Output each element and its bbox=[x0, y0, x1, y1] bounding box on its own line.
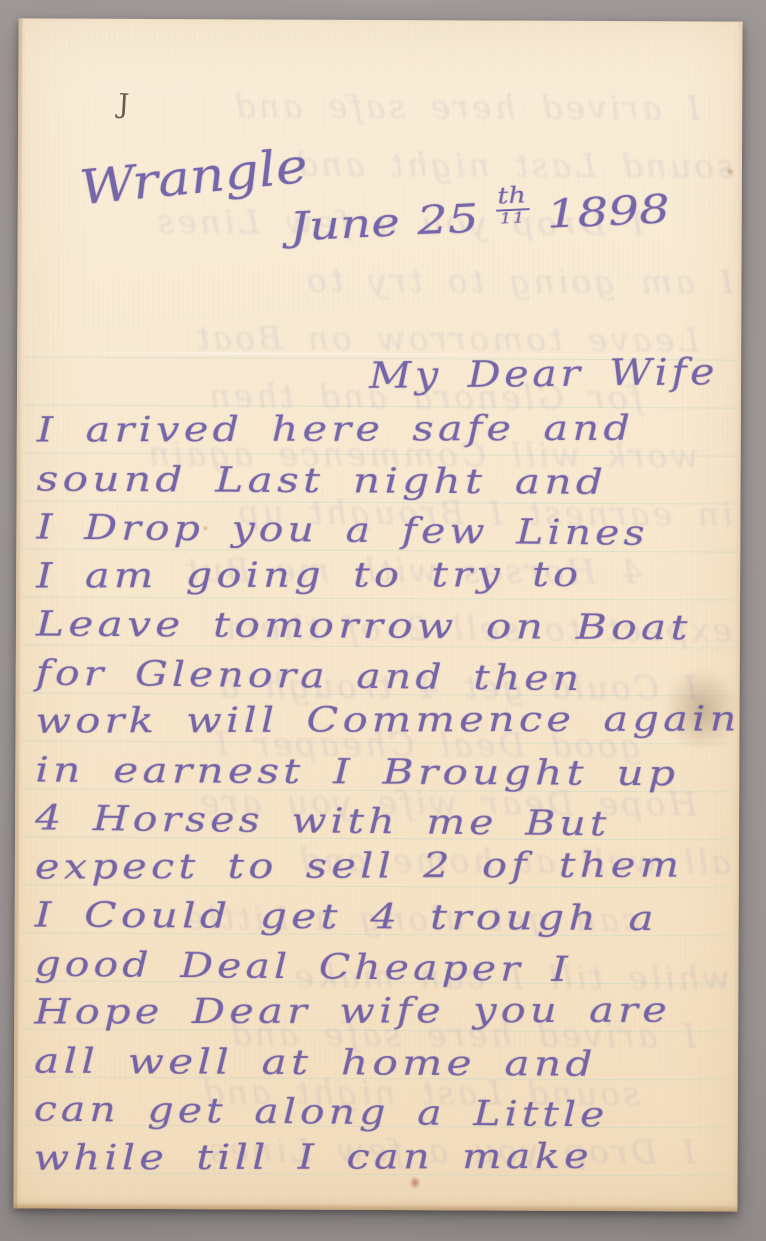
show-through-line: I am going to try to bbox=[35, 251, 733, 312]
handwritten-line: Leave tomorrow on Boat bbox=[36, 601, 766, 654]
handwritten-line: while till I can make bbox=[33, 1132, 766, 1183]
letter-body: I arived here safe andsound Last night a… bbox=[34, 407, 735, 1186]
handwritten-line: expect to sell 2 of them bbox=[35, 841, 766, 892]
handwritten-line: I arived here safe and bbox=[37, 404, 766, 455]
handwritten-line: Hope Dear wife you are bbox=[34, 986, 766, 1037]
handwritten-line: all well at home and bbox=[34, 1037, 766, 1090]
letter-page: I arived here safe andsound Last night a… bbox=[13, 18, 742, 1211]
date-year: 1898 bbox=[546, 187, 671, 238]
handwritten-line: I am going to try to bbox=[36, 550, 766, 601]
handwritten-line: I Could get 4 trough a bbox=[35, 892, 766, 945]
salutation: My Dear Wife bbox=[369, 352, 719, 397]
handwritten-line: sound Last night and bbox=[36, 455, 766, 508]
photograph-background: I arived here safe andsound Last night a… bbox=[0, 0, 766, 1241]
handwritten-line: in earnest I Brought up bbox=[35, 746, 766, 799]
date-month: June bbox=[289, 200, 401, 250]
date-suffix-mark: 11 bbox=[499, 210, 526, 226]
handwritten-line: work will Commence again bbox=[35, 695, 766, 746]
date-day: 25 bbox=[416, 197, 480, 245]
show-through-line: I arived here safe and bbox=[36, 77, 700, 138]
stray-pen-mark: J bbox=[117, 89, 130, 121]
date-day-suffix: th 11 bbox=[495, 185, 530, 227]
